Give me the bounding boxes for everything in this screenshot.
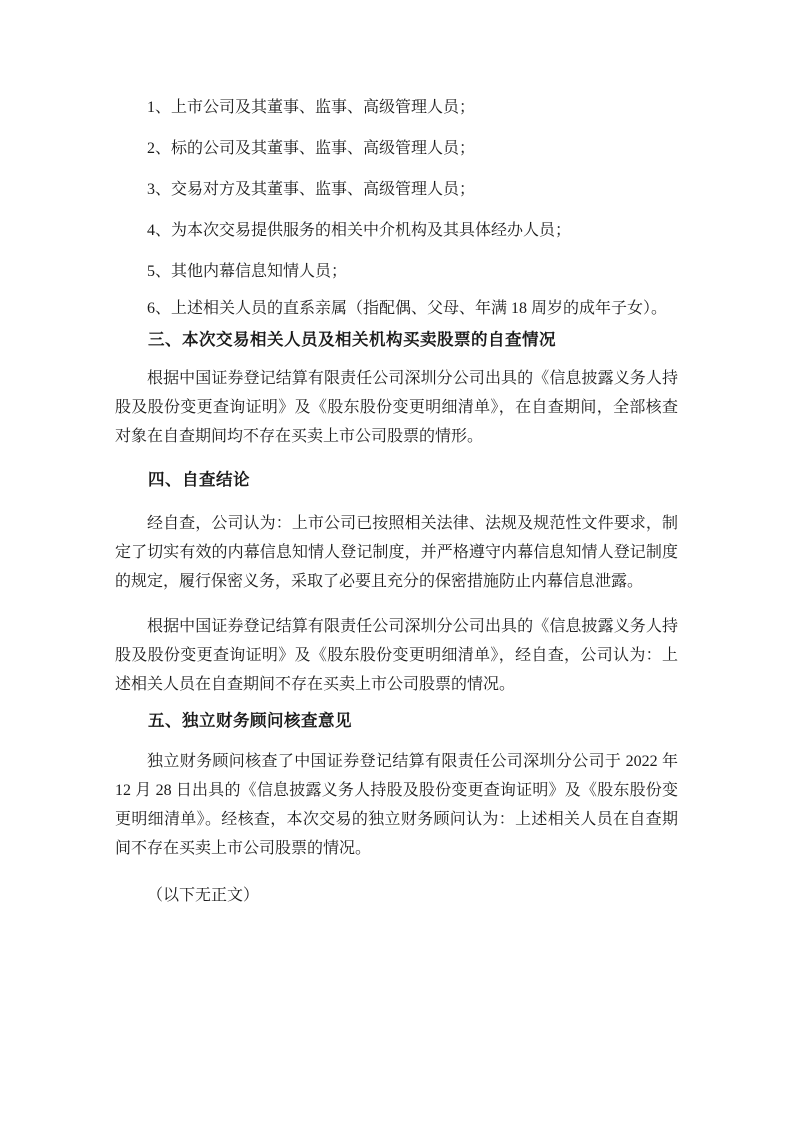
list-item-3: 3、交易对方及其董事、监事、高级管理人员；: [115, 175, 678, 204]
paragraph-conclusion-1: 经自查，公司认为：上市公司已按照相关法律、法规及规范性文件要求，制定了切实有效的…: [115, 509, 678, 596]
section-heading-conclusion: 四、自查结论: [115, 466, 678, 495]
paragraph-conclusion-2: 根据中国证券登记结算有限责任公司深圳分公司出具的《信息披露义务人持股及股份变更查…: [115, 612, 678, 699]
paragraph-self-inspection: 根据中国证券登记结算有限责任公司深圳分公司出具的《信息披露义务人持股及股份变更查…: [115, 364, 678, 451]
list-item-1: 1、上市公司及其董事、监事、高级管理人员；: [115, 93, 678, 122]
list-item-6: 6、上述相关人员的直系亲属（指配偶、父母、年满 18 周岁的成年子女）。: [115, 294, 678, 323]
document-page: 1、上市公司及其董事、监事、高级管理人员； 2、标的公司及其董事、监事、高级管理…: [0, 0, 793, 1122]
paragraph-advisor-opinion: 独立财务顾问核查了中国证券登记结算有限责任公司深圳分公司于 2022 年 12 …: [115, 747, 678, 863]
closing-note: （以下无正文）: [115, 881, 678, 910]
list-item-5: 5、其他内幕信息知情人员；: [115, 257, 678, 286]
section-heading-advisor-opinion: 五、独立财务顾问核查意见: [115, 707, 678, 736]
list-item-4: 4、为本次交易提供服务的相关中介机构及其具体经办人员；: [115, 216, 678, 245]
list-item-2: 2、标的公司及其董事、监事、高级管理人员；: [115, 134, 678, 163]
section-heading-self-inspection: 三、本次交易相关人员及相关机构买卖股票的自查情况: [115, 326, 678, 355]
